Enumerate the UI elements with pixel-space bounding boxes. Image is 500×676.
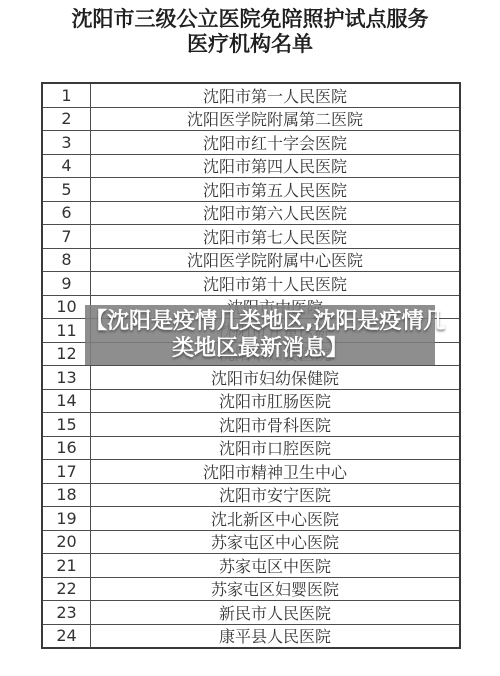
hospital-name: 沈阳医学院附属第二医院 [91,108,459,131]
row-number: 5 [43,178,91,201]
hospital-name: 沈阳市第一人民医院 [91,84,459,107]
row-number: 1 [43,84,91,107]
page-title: 沈阳市三级公立医院免陪照护试点服务 医疗机构名单 [0,7,500,57]
hospital-name: 康平县人民医院 [91,625,459,648]
row-number: 20 [43,531,91,554]
table-row: 20苏家屯区中心医院 [43,530,459,554]
row-number: 9 [43,272,91,295]
row-number: 2 [43,108,91,131]
watermark-line1: 【沈阳是疫情几类地区,沈阳是疫情几 [85,308,435,335]
row-number: 14 [43,390,91,413]
row-number: 11 [43,319,91,342]
page-title-line2: 医疗机构名单 [0,32,500,57]
table-row: 14沈阳市肛肠医院 [43,389,459,413]
table-row: 21苏家屯区中医院 [43,553,459,577]
watermark-overlay: 【沈阳是疫情几类地区,沈阳是疫情几 类地区最新消息】 [85,305,435,365]
row-number: 23 [43,601,91,624]
row-number: 12 [43,343,91,366]
row-number: 22 [43,578,91,601]
hospital-name: 沈阳市安宁医院 [91,484,459,507]
table-row: 16沈阳市口腔医院 [43,436,459,460]
table-row: 7沈阳市第七人民医院 [43,224,459,248]
row-number: 6 [43,202,91,225]
row-number: 3 [43,131,91,154]
table-row: 4沈阳市第四人民医院 [43,154,459,178]
table-row: 1沈阳市第一人民医院 [43,84,459,107]
table-row: 6沈阳市第六人民医院 [43,201,459,225]
hospital-name: 沈阳医学院附属中心医院 [91,249,459,272]
table-row: 9沈阳市第十人民医院 [43,271,459,295]
table-row: 5沈阳市第五人民医院 [43,177,459,201]
hospital-name: 沈阳市骨科医院 [91,413,459,436]
table-row: 18沈阳市安宁医院 [43,483,459,507]
hospital-name: 沈阳市第五人民医院 [91,178,459,201]
table-row: 15沈阳市骨科医院 [43,412,459,436]
table-row: 17沈阳市精神卫生中心 [43,459,459,483]
table-row: 8沈阳医学院附属中心医院 [43,248,459,272]
table-row: 23新民市人民医院 [43,600,459,624]
hospital-name: 苏家屯区中医院 [91,554,459,577]
table-row: 13沈阳市妇幼保健院 [43,365,459,389]
hospital-name: 沈阳市第六人民医院 [91,202,459,225]
table-row: 3沈阳市红十字会医院 [43,130,459,154]
hospital-name: 沈阳市妇幼保健院 [91,366,459,389]
row-number: 16 [43,437,91,460]
table-row: 22苏家屯区妇婴医院 [43,577,459,601]
hospital-name: 沈阳市第十人民医院 [91,272,459,295]
row-number: 18 [43,484,91,507]
hospital-name: 沈阳市肛肠医院 [91,390,459,413]
row-number: 7 [43,225,91,248]
watermark-line2: 类地区最新消息】 [85,335,435,362]
table-row: 19沈北新区中心医院 [43,506,459,530]
hospital-name: 新民市人民医院 [91,601,459,624]
hospital-name: 沈阳市第七人民医院 [91,225,459,248]
hospital-name: 沈阳市红十字会医院 [91,131,459,154]
row-number: 15 [43,413,91,436]
hospital-name: 沈北新区中心医院 [91,507,459,530]
row-number: 4 [43,155,91,178]
hospital-name: 沈阳市第四人民医院 [91,155,459,178]
table-row: 24康平县人民医院 [43,624,459,648]
row-number: 10 [43,296,91,319]
hospital-table: 1沈阳市第一人民医院2沈阳医学院附属第二医院3沈阳市红十字会医院4沈阳市第四人民… [41,82,461,649]
table-row: 2沈阳医学院附属第二医院 [43,107,459,131]
page-title-line1: 沈阳市三级公立医院免陪照护试点服务 [0,7,500,32]
row-number: 13 [43,366,91,389]
row-number: 24 [43,625,91,648]
row-number: 19 [43,507,91,530]
hospital-name: 沈阳市口腔医院 [91,437,459,460]
hospital-name: 沈阳市精神卫生中心 [91,460,459,483]
row-number: 8 [43,249,91,272]
hospital-name: 苏家屯区妇婴医院 [91,578,459,601]
row-number: 17 [43,460,91,483]
hospital-name: 苏家屯区中心医院 [91,531,459,554]
row-number: 21 [43,554,91,577]
